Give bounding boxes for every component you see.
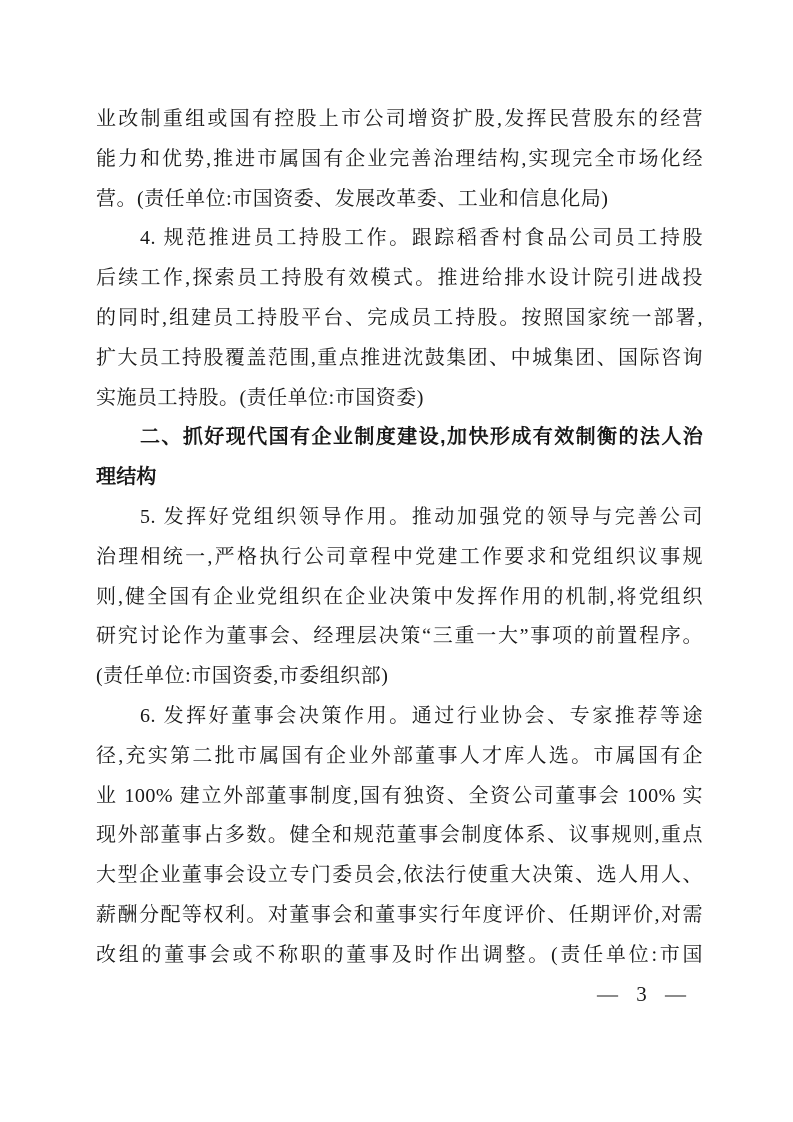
text-line: 扩大员工持股覆盖范围,重点推进沈鼓集团、中城集团、国际咨询 xyxy=(96,339,703,379)
text-line: 实施员工持股。(责任单位:市国资委) xyxy=(96,379,703,419)
text-line: 径,充实第二批市属国有企业外部董事人才库人选。市属国有企 xyxy=(96,737,703,777)
text-line: 6. 发挥好董事会决策作用。通过行业协会、专家推荐等途 xyxy=(96,697,703,737)
text-line: 则,健全国有企业党组织在企业决策中发挥作用的机制,将党组织 xyxy=(96,578,703,618)
paragraph-item-5: 5. 发挥好党组织领导作用。推动加强党的领导与完善公司 治理相统一,严格执行公司… xyxy=(96,498,703,697)
text-line: 改组的董事会或不称职的董事及时作出调整。(责任单位:市国 xyxy=(96,936,703,976)
heading-line: 理结构 xyxy=(96,458,703,498)
text-line: 薪酬分配等权利。对董事会和董事实行年度评价、任期评价,对需 xyxy=(96,896,703,936)
text-line: 现外部董事占多数。健全和规范董事会制度体系、议事规则,重点 xyxy=(96,816,703,856)
text-line: 5. 发挥好党组织领导作用。推动加强党的领导与完善公司 xyxy=(96,498,703,538)
text-line: 业 100% 建立外部董事制度,国有独资、全资公司董事会 100% 实 xyxy=(96,777,703,817)
text-line: 业改制重组或国有控股上市公司增资扩股,发挥民营股东的经营 xyxy=(96,100,703,140)
paragraph-item-4: 4. 规范推进员工持股工作。跟踪稻香村食品公司员工持股 后续工作,探索员工持股有… xyxy=(96,219,703,418)
document-body: 业改制重组或国有控股上市公司增资扩股,发挥民营股东的经营 能力和优势,推进市属国… xyxy=(96,100,703,976)
text-line: 4. 规范推进员工持股工作。跟踪稻香村食品公司员工持股 xyxy=(96,219,703,259)
text-line: 能力和优势,推进市属国有企业完善治理结构,实现完全市场化经 xyxy=(96,140,703,180)
text-line: 后续工作,探索员工持股有效模式。推进给排水设计院引进战投 xyxy=(96,259,703,299)
text-line: 的同时,组建员工持股平台、完成员工持股。按照国家统一部署, xyxy=(96,299,703,339)
section-2-heading: 二、抓好现代国有企业制度建设,加快形成有效制衡的法人治 理结构 xyxy=(96,418,703,498)
text-line: 治理相统一,严格执行公司章程中党建工作要求和党组织议事规 xyxy=(96,538,703,578)
paragraph-item-6: 6. 发挥好董事会决策作用。通过行业协会、专家推荐等途 径,充实第二批市属国有企… xyxy=(96,697,703,976)
heading-line: 二、抓好现代国有企业制度建设,加快形成有效制衡的法人治 xyxy=(96,418,703,458)
text-line: 大型企业董事会设立专门委员会,依法行使重大决策、选人用人、 xyxy=(96,856,703,896)
page-number: — 3 — xyxy=(597,982,689,1007)
text-line: 研究讨论作为董事会、经理层决策“三重一大”事项的前置程序。 xyxy=(96,617,703,657)
paragraph-item-3-continuation: 业改制重组或国有控股上市公司增资扩股,发挥民营股东的经营 能力和优势,推进市属国… xyxy=(96,100,703,219)
document-page: 业改制重组或国有控股上市公司增资扩股,发挥民营股东的经营 能力和优势,推进市属国… xyxy=(0,0,793,1122)
text-line: (责任单位:市国资委,市委组织部) xyxy=(96,657,703,697)
text-line: 营。(责任单位:市国资委、发展改革委、工业和信息化局) xyxy=(96,180,703,220)
